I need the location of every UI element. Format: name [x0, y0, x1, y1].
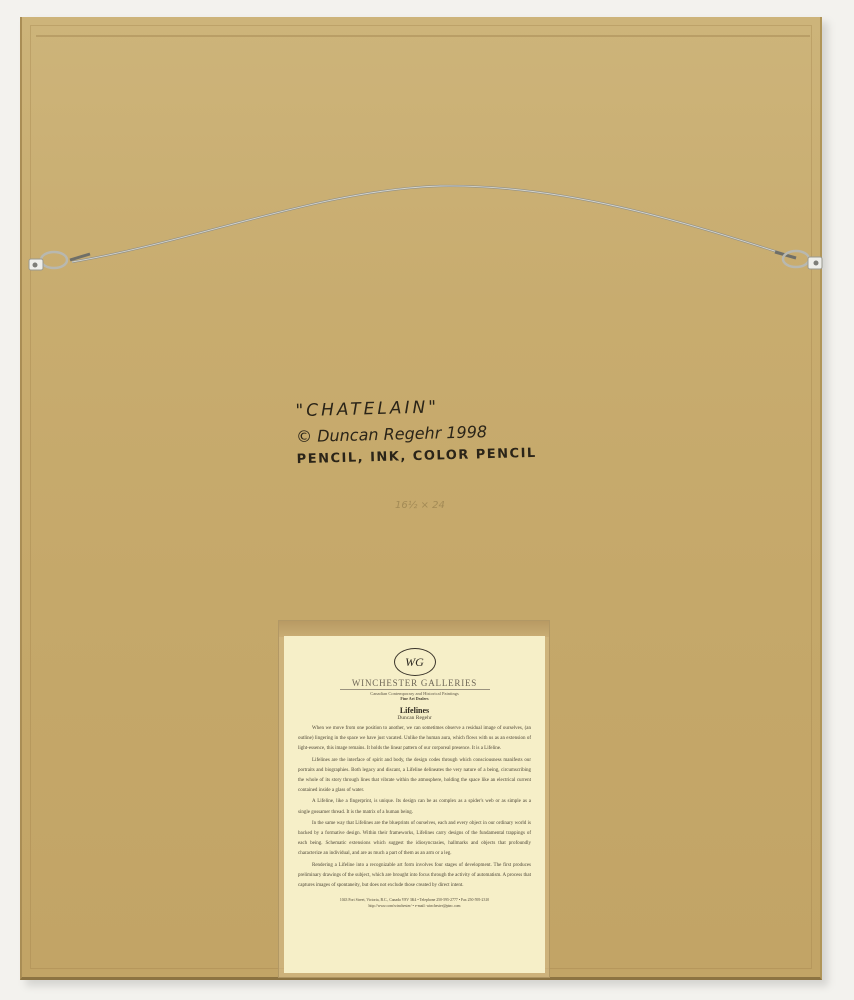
footer-web: http://www.com/winchester/ • e-mail: win… — [298, 903, 531, 909]
document-footer: 1043 Fort Street, Victoria, B.C., Canada… — [298, 897, 531, 909]
document-title: Lifelines — [298, 706, 531, 715]
pencil-dimensions-note: 16½ × 24 — [395, 500, 445, 511]
gallery-document: WG WINCHESTER GALLERIES Canadian Contemp… — [284, 636, 545, 973]
handwritten-inscription: "CHATELAIN" © Duncan Regehr 1998 PENCIL,… — [295, 395, 537, 467]
paper-fold — [36, 35, 810, 37]
document-paragraph: When we move from one position to anothe… — [298, 724, 531, 755]
gallery-logo-icon: WG — [394, 648, 436, 676]
document-paragraph: In the same way that Lifelines are the b… — [298, 819, 531, 860]
document-author: Duncan Regehr — [298, 715, 531, 721]
document-paragraph: Rendering a Lifeline into a recognizable… — [298, 861, 531, 892]
gallery-name: WINCHESTER GALLERIES — [340, 678, 490, 690]
d-ring-hook-icon — [26, 247, 70, 277]
document-paragraph: Lifelines are the interface of spirit an… — [298, 756, 531, 797]
document-paragraph: A Lifeline, like a fingerprint, is uniqu… — [298, 797, 531, 817]
sleeve-top-edge — [279, 621, 549, 637]
artist-copyright: © Duncan Regehr 1998 — [296, 421, 537, 446]
gallery-subtitle-2: Fine Art Dealers — [298, 696, 531, 701]
d-ring-hook-icon — [780, 247, 826, 277]
